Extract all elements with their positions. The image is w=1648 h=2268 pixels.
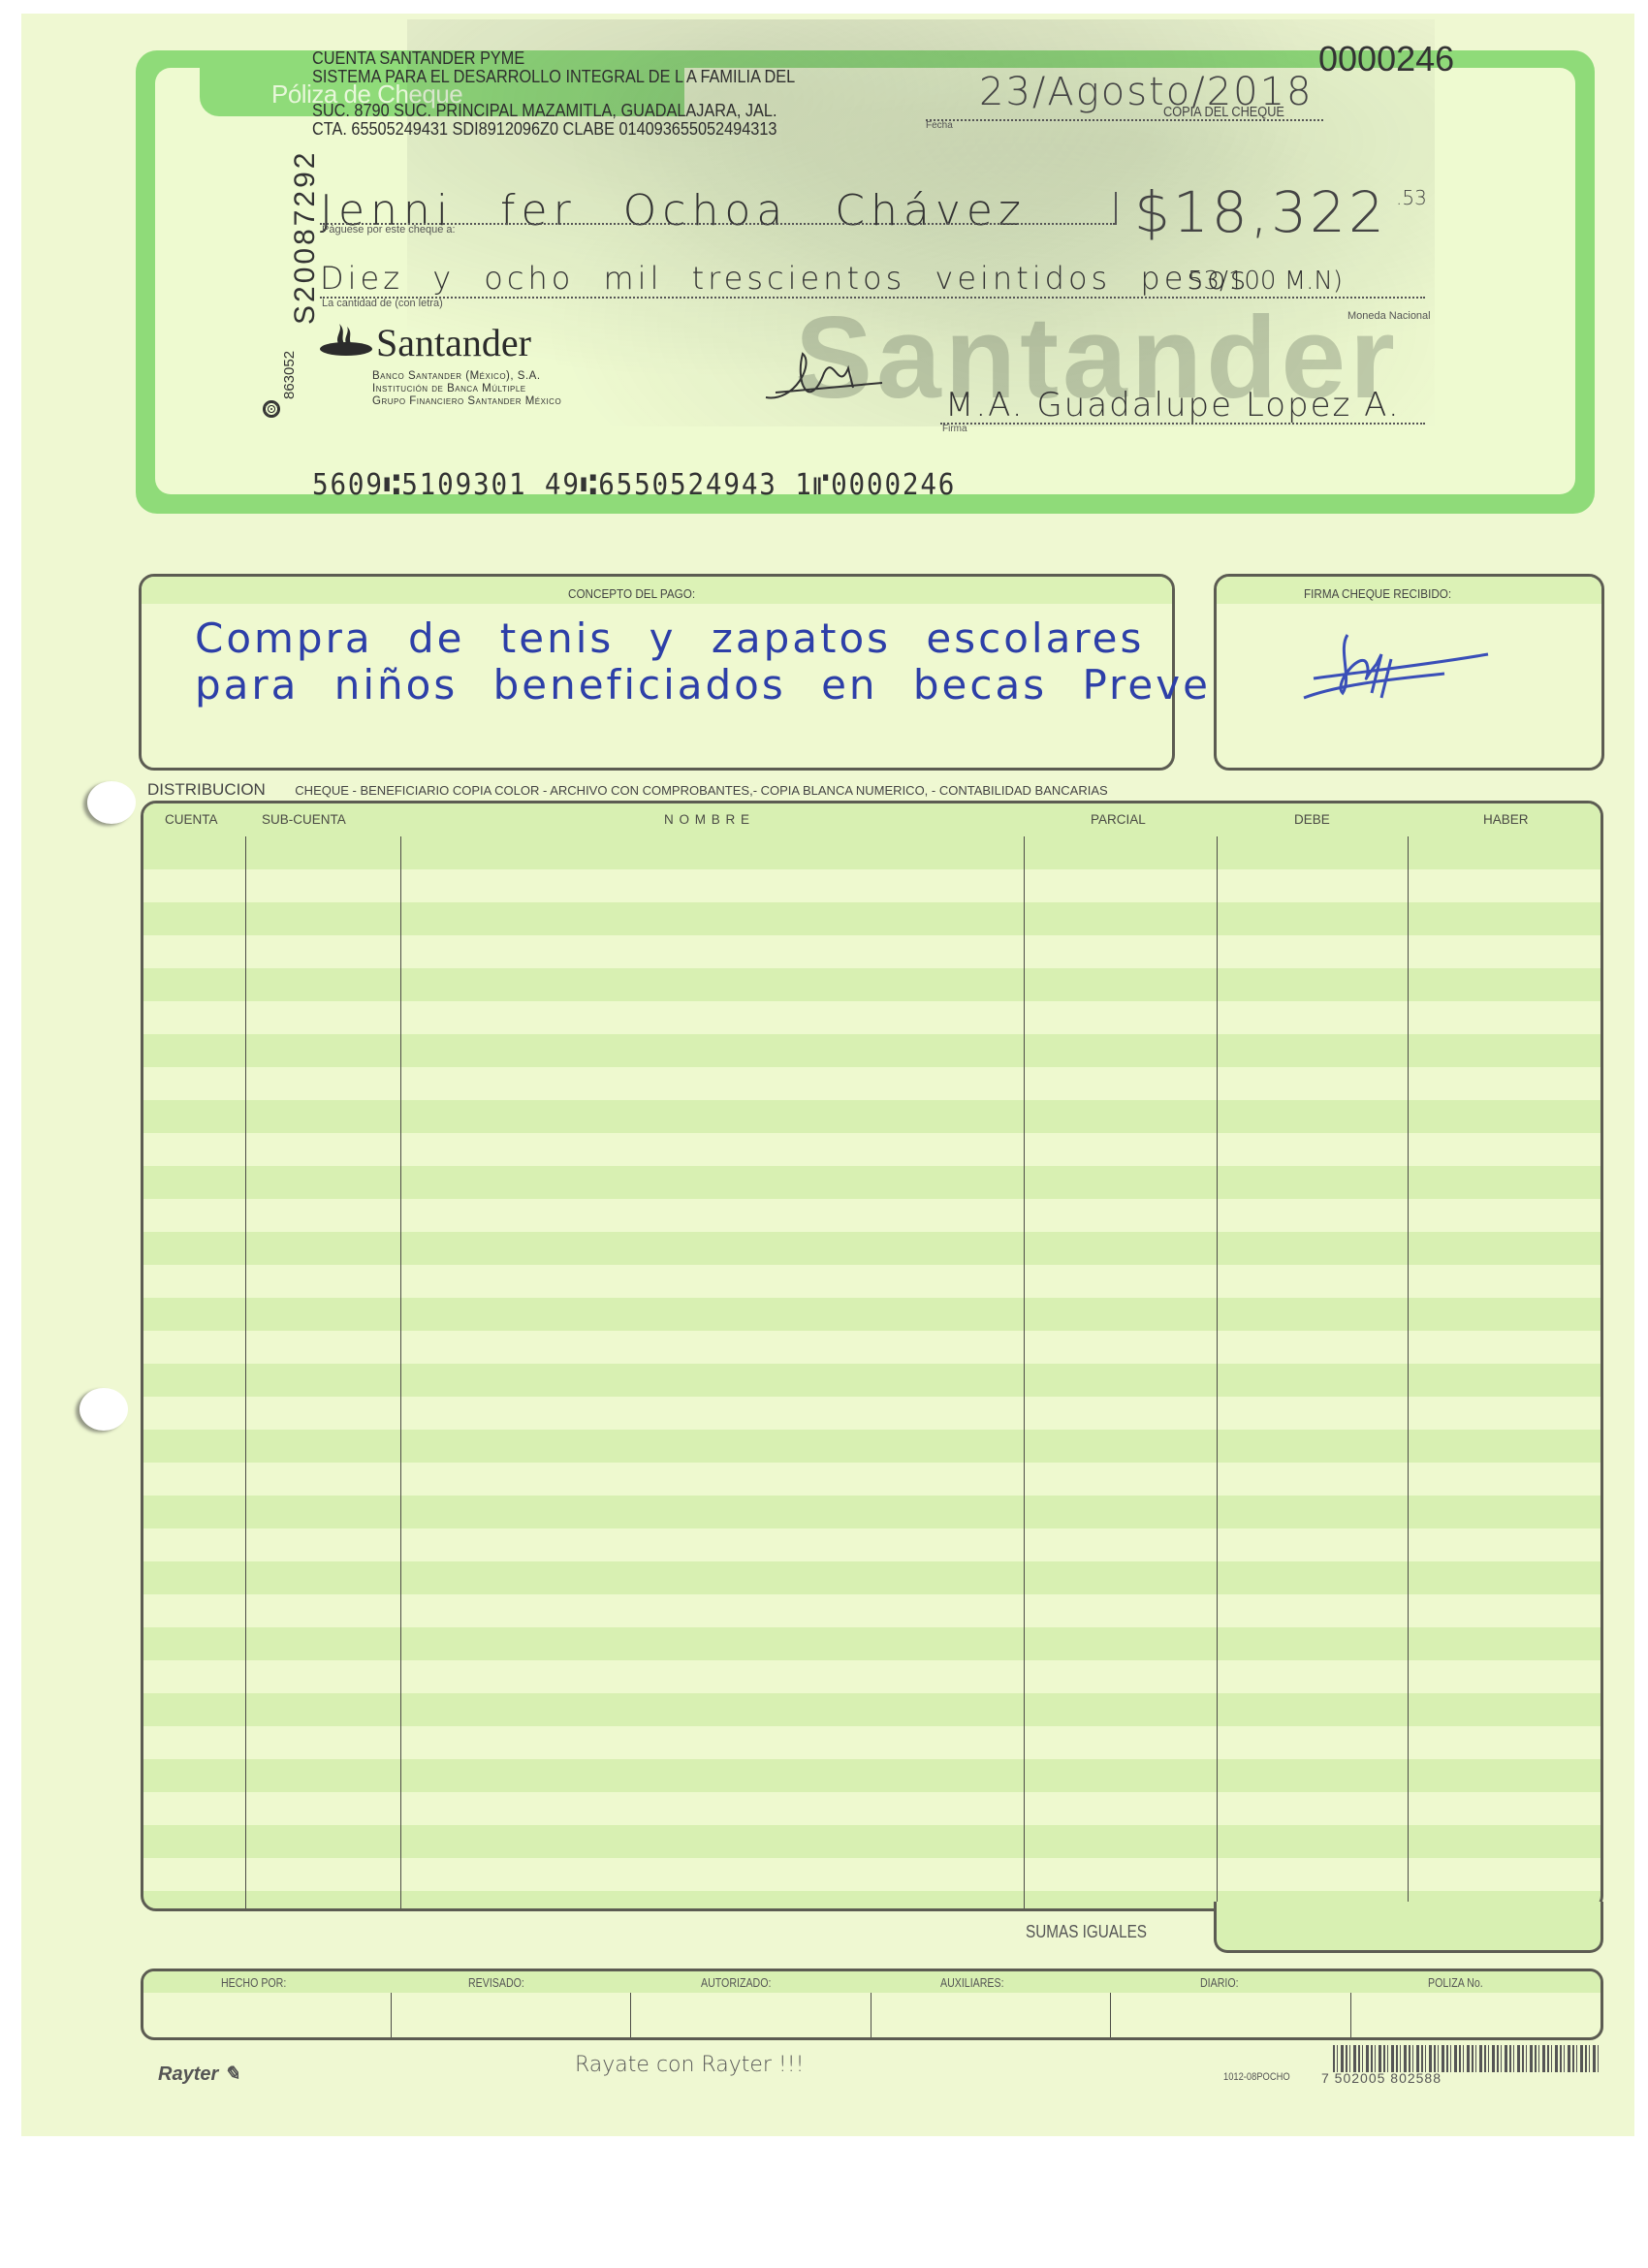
column-divider <box>400 836 401 1908</box>
bank-legal-line: Banco Santander (México), S.A. <box>372 370 561 383</box>
account-type: CUENTA SANTANDER PYME <box>312 48 795 67</box>
diario-label: DIARIO: <box>1200 1976 1239 1990</box>
auxiliares-label: AUXILIARES: <box>940 1976 1004 1990</box>
bank-legal-line: Grupo Financiero Santander México <box>372 395 561 408</box>
amount-cents: .53 <box>1396 186 1427 209</box>
firma-recibido-label: FIRMA CHEQUE RECIBIDO: <box>1304 586 1451 601</box>
column-divider <box>1024 836 1025 1908</box>
amount-field: $18,322 <box>1134 179 1387 245</box>
column-divider <box>391 1993 392 2037</box>
distribution-line: DISTRIBUCION CHEQUE - BENEFICIARIO COPIA… <box>147 780 1108 800</box>
concepto-label: CONCEPTO DEL PAGO: <box>568 586 695 601</box>
column-divider <box>1350 1993 1351 2037</box>
signer-name: M.A. Guadalupe Lopez A. <box>945 386 1401 425</box>
concepto-box: CONCEPTO DEL PAGO: Compra de tenis y zap… <box>139 574 1175 771</box>
column-header-cuenta: CUENTA <box>165 812 218 827</box>
hecho-por-label: HECHO POR: <box>221 1976 286 1990</box>
barcode: 7 502005 802588 <box>1321 2045 1599 2084</box>
punch-hole <box>87 781 136 824</box>
approvals-header-band <box>143 1971 1600 1993</box>
distribution-text: CHEQUE - BENEFICIARIO COPIA COLOR - ARCH… <box>295 783 1107 798</box>
form-code: 1012-08POCHO <box>1223 2071 1290 2083</box>
column-header-nombre: N O M B R E <box>664 812 750 827</box>
autorizado-label: AUTORIZADO: <box>701 1976 771 1990</box>
concepto-line-1: Compra de tenis y zapatos escolares <box>195 615 1259 662</box>
column-header-debe: DEBE <box>1294 812 1330 827</box>
payee-label: Páguese por este cheque a: <box>322 224 456 236</box>
column-divider <box>1408 836 1409 1908</box>
pen-icon: ✎ <box>224 2063 240 2085</box>
column-divider <box>1217 836 1218 1908</box>
account-numbers: CTA. 65505249431 SDI8912096Z0 CLABE 0140… <box>312 119 795 138</box>
rayter-brand: Rayter <box>158 2063 218 2085</box>
cheque-number: 0000246 <box>1318 39 1454 79</box>
distribution-title: DISTRIBUCION <box>147 780 266 799</box>
account-holder: SISTEMA PARA EL DESARROLLO INTEGRAL DE L… <box>312 67 795 85</box>
revisado-label: REVISADO: <box>468 1976 524 1990</box>
account-info: CUENTA SANTANDER PYME SISTEMA PARA EL DE… <box>312 48 795 138</box>
vertical-control-number: 863052 <box>281 351 298 399</box>
sumas-iguales-box <box>1214 1902 1603 1953</box>
date-label: Fecha <box>926 120 953 131</box>
concepto-text: Compra de tenis y zapatos escolares para… <box>195 615 1259 709</box>
drawer-signature-icon <box>756 344 902 422</box>
santander-flame-icon <box>318 324 374 357</box>
column-divider <box>245 836 246 1908</box>
micr-line: 5609⑆5109301 49⑆6550524943 1⑈0000246 <box>312 468 956 502</box>
firma-recibido-box: FIRMA CHEQUE RECIBIDO: <box>1214 574 1604 771</box>
amount-words-label: La cantidad de (con letra) <box>322 298 443 309</box>
concepto-line-2: para niños beneficiados en becas Preverp <box>195 662 1259 709</box>
accounting-table: CUENTA SUB-CUENTA N O M B R E PARCIAL DE… <box>141 801 1603 1911</box>
rayter-logo: Rayter ✎ <box>158 2062 240 2086</box>
vertical-serial: S20087292 <box>289 150 322 326</box>
column-divider <box>630 1993 631 2037</box>
signature-line <box>940 423 1425 425</box>
poliza-no-label: POLIZA No. <box>1428 1976 1483 1990</box>
signature-label: Firma <box>942 424 967 434</box>
slogan: Rayate con Rayter !!! <box>575 2053 804 2077</box>
sumas-iguales-label: SUMAS IGUALES <box>1026 1922 1147 1942</box>
copy-label: COPIA DEL CHEQUE <box>1163 104 1284 120</box>
column-header-parcial: PARCIAL <box>1091 812 1146 827</box>
bank-name: Santander <box>376 320 531 365</box>
approvals-row: HECHO POR: REVISADO: AUTORIZADO: AUXILIA… <box>141 1969 1603 2040</box>
column-divider <box>871 1993 872 2037</box>
table-header <box>143 803 1600 836</box>
column-header-subcuenta: SUB-CUENTA <box>262 812 346 827</box>
barcode-digits: 7 502005 802588 <box>1321 2070 1442 2086</box>
column-divider <box>1110 1993 1111 2037</box>
payee-line-end <box>1115 192 1117 225</box>
bank-legal-text: Banco Santander (México), S.A. Instituci… <box>372 370 561 408</box>
fingerprint-icon <box>263 400 280 418</box>
column-header-haber: HABER <box>1483 812 1529 827</box>
branch-info: SUC. 8790 SUC. PRINCIPAL MAZAMITLA, GUAD… <box>312 101 795 119</box>
punch-hole <box>79 1388 128 1431</box>
barcode-icon <box>1333 2045 1599 2072</box>
bank-legal-line: Institución de Banca Múltiple <box>372 383 561 395</box>
recipient-signature-icon <box>1284 625 1517 712</box>
